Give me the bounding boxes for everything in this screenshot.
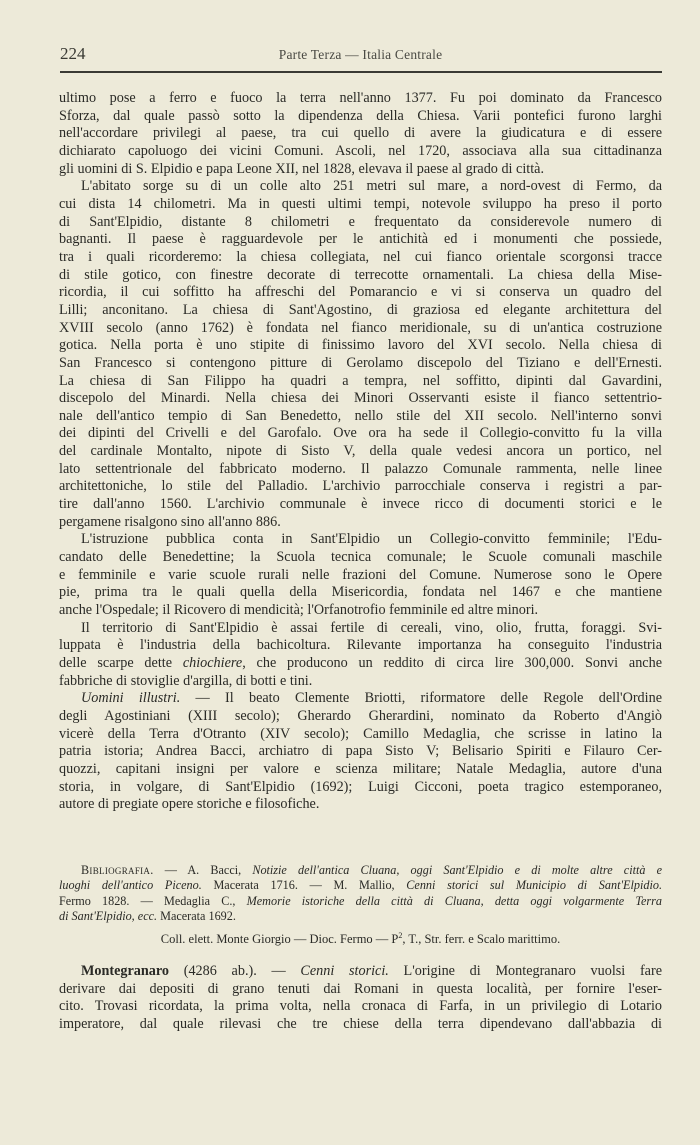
text-line: tire dall'anno 1560. L'archivio communal… — [59, 496, 662, 514]
text-line: nale dell'antico tempio di San Benedetto… — [59, 408, 662, 426]
text-line: cito. Trovasi ricordata, la prima volta,… — [59, 998, 662, 1016]
text-line: degli Agostiniani (XIII secolo); Gherard… — [59, 708, 662, 726]
citation-title: Memorie istoriche della città di Cluana,… — [247, 894, 662, 908]
italic-term: chiochiere — [183, 655, 242, 671]
main-text: ultimo pose a ferro e fuoco la terra nel… — [59, 90, 662, 814]
text-line: di Sant'Elpidio, distante 8 chilometri e… — [59, 214, 662, 232]
text-segment: Macerata 1716. — M. Mallio, — [202, 878, 407, 892]
text-line: delle scarpe dette chiochiere, che produ… — [59, 655, 662, 673]
text-line: Fermo 1828. — Medaglia C., Memorie istor… — [59, 894, 662, 909]
text-line: L'abitato sorge su di un colle alto 251 … — [59, 178, 662, 196]
text-line: La chiesa di San Filippo ha quadri a tem… — [59, 373, 662, 391]
text-line: quozzi, capitani insigni per valore e sc… — [59, 761, 662, 779]
running-title: Parte Terza — Italia Centrale — [59, 47, 662, 63]
paragraph-notable-people: Uomini illustri. — Il beato Clemente Bri… — [59, 690, 662, 814]
entry-montegranaro: Montegranaro (4286 ab.). — Cenni storici… — [59, 963, 662, 1034]
text-line: gli uomini di S. Elpidio e papa Leone XI… — [59, 161, 662, 179]
bibliography-label: Bibliografia. — [81, 863, 154, 877]
citation-title: Cenni storici sul Municipio di Sant'Elpi… — [406, 878, 662, 892]
text-line: L'istruzione pubblica conta in Sant'Elpi… — [59, 531, 662, 549]
text-line: Sforza, dal quale passò sotto la dipende… — [59, 108, 662, 126]
page-header: 224 Parte Terza — Italia Centrale — [59, 44, 662, 68]
text-line: candato delle Benedettine; la Scuola tec… — [59, 549, 662, 567]
paragraph-education: L'istruzione pubblica conta in Sant'Elpi… — [59, 531, 662, 619]
text-line: cui dista 14 chilometri. Ma in questi ul… — [59, 196, 662, 214]
section-label: Cenni storici. — [300, 963, 388, 979]
text-line: Bibliografia. — A. Bacci, Notizie dell'a… — [59, 863, 662, 878]
text-segment: Fermo 1828. — Medaglia C., — [59, 894, 247, 908]
text-line: vicerè della Terra d'Otranto (XIV secolo… — [59, 726, 662, 744]
text-segment: Macerata 1692. — [157, 909, 236, 923]
text-line: Il territorio di Sant'Elpidio è assai fe… — [59, 620, 662, 638]
administrative-info: Coll. elett. Monte Giorgio — Dioc. Fermo… — [59, 932, 662, 947]
text-line: dichiarato capoluogo dei vicini Comuni. … — [59, 143, 662, 161]
text-segment: — Il beato Clemente Briotti, riformatore… — [180, 690, 662, 706]
entry-heading: Montegranaro — [81, 963, 169, 979]
text-line: bagnanti. Il paese è ragguardevole per l… — [59, 231, 662, 249]
text-line: Montegranaro (4286 ab.). — Cenni storici… — [59, 963, 662, 981]
text-line: ricordia, il cui soffitto ha affreschi d… — [59, 284, 662, 302]
text-line: architettoniche, lo stile del Palladio. … — [59, 478, 662, 496]
text-line: dei dipinti del Crivelli e del Garofalo.… — [59, 425, 662, 443]
text-line: Lilli; anconitano. La chiesa di Sant'Ago… — [59, 302, 662, 320]
text-line: patria istoria; Andrea Bacci, archiatro … — [59, 743, 662, 761]
citation-title: di Sant'Elpidio, ecc. — [59, 909, 157, 923]
text-line: derivare dai depositi di grano tenuti da… — [59, 981, 662, 999]
text-line: Uomini illustri. — Il beato Clemente Bri… — [59, 690, 662, 708]
text-line: lato settentrionale del fabbricato moder… — [59, 461, 662, 479]
text-line: e femminile e varie scuole rurali nelle … — [59, 567, 662, 585]
paragraph-history: ultimo pose a ferro e fuoco la terra nel… — [59, 90, 662, 178]
text-line: anche l'Ospedale; il Ricovero di mendici… — [59, 602, 662, 620]
text-line: nell'accordare privilegi al paese, tra c… — [59, 125, 662, 143]
text-line: luoghi dell'antico Piceno. Macerata 1716… — [59, 878, 662, 893]
paragraph-town: L'abitato sorge su di un colle alto 251 … — [59, 178, 662, 531]
text-line: pergamene risalgono sino all'anno 886. — [59, 514, 662, 532]
text-line: imperatore, dal quale rilevasi che tre c… — [59, 1016, 662, 1034]
text-line: autore di pregiate opere storiche e filo… — [59, 796, 662, 814]
text-line: XVIII secolo (anno 1762) è fondata nel f… — [59, 320, 662, 338]
text-line: pie, prima tra le quali quella della Mis… — [59, 584, 662, 602]
text-segment: L'origine di Montegranaro vuolsi fare — [389, 963, 662, 979]
text-line: del cardinale Montalto, nipote di Sisto … — [59, 443, 662, 461]
section-label: Uomini illustri. — [81, 690, 180, 706]
text-segment: — A. Bacci, — [154, 863, 253, 877]
text-line: gotica. Nella porta è uno stipite di fin… — [59, 337, 662, 355]
text-line: ultimo pose a ferro e fuoco la terra nel… — [59, 90, 662, 108]
text-segment: , che producono un reddito di circa lire… — [242, 655, 662, 671]
text-segment: (4286 ab.). — — [169, 963, 300, 979]
text-segment: , T., Str. ferr. e Scalo marittimo. — [402, 932, 560, 946]
text-line: fabbriche di stoviglie d'argilla, di bot… — [59, 673, 662, 691]
paragraph-territory: Il territorio di Sant'Elpidio è assai fe… — [59, 620, 662, 691]
text-line: di stile gotico, con finestre decorate d… — [59, 267, 662, 285]
citation-title: Notizie dell'antica Cluana, oggi Sant'El… — [252, 863, 662, 877]
text-line: luppata è l'industria della bachicoltura… — [59, 637, 662, 655]
text-line: storia, in volgare, di Sant'Elpidio (169… — [59, 779, 662, 797]
text-line: tra i quali ricorderemo: la chiesa colle… — [59, 249, 662, 267]
header-rule — [60, 71, 662, 73]
citation-title: luoghi dell'antico Piceno. — [59, 878, 202, 892]
bibliography: Bibliografia. — A. Bacci, Notizie dell'a… — [59, 863, 662, 925]
text-segment: Coll. elett. Monte Giorgio — Dioc. Fermo… — [161, 932, 399, 946]
text-segment: delle scarpe dette — [59, 655, 183, 671]
text-line: di Sant'Elpidio, ecc. Macerata 1692. — [59, 909, 662, 924]
text-line: discepolo del Minardi. Nella chiesa dei … — [59, 390, 662, 408]
text-line: San Francesco si contengono pitture di G… — [59, 355, 662, 373]
